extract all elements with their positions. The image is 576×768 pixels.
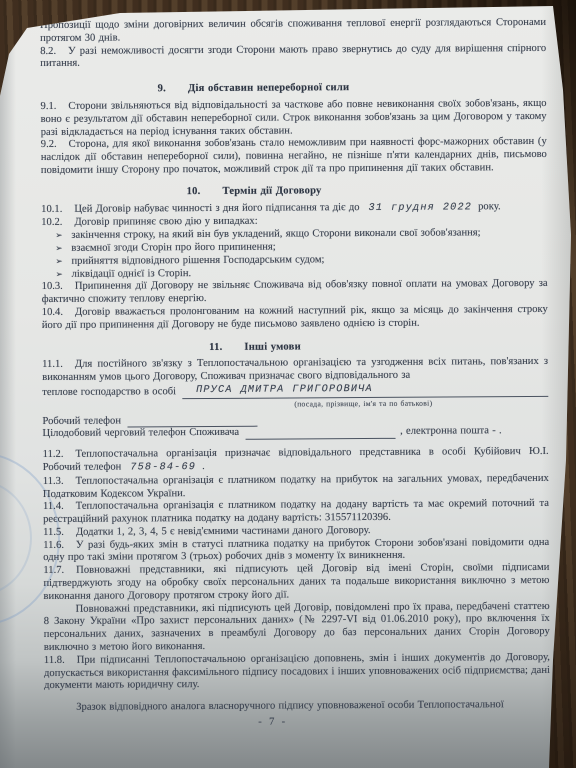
clause-number: 8.2. <box>40 45 68 56</box>
paragraph-8-1-continuation: Пропозиції щодо зміни договірних величин… <box>40 17 546 46</box>
clause-text: Теплопостачальна організація є платником… <box>43 498 549 525</box>
clause-text: Сторона, для якої виконання зобов'язань … <box>41 136 547 176</box>
fill-line-suffix: , електронна пошта - . <box>400 426 502 439</box>
responsible-person-line: теплове господарство в особі ПРУСА ДМИТР… <box>42 382 548 400</box>
clause-number: 11.6. <box>43 539 76 550</box>
arrow-bullet-icon: ➢ <box>55 230 71 243</box>
clause-11-6: 11.6.У разі будь-яких змін в статусі пла… <box>43 537 549 566</box>
clause-text: Додатки 1, 2, 3, 4, 5 є невід'ємними час… <box>76 525 371 538</box>
section-number: 11. <box>209 341 244 352</box>
section-10-heading: 10.Термін дії Договору <box>41 184 547 200</box>
clause-text: У разі неможливості досягти згоди Сторон… <box>40 43 546 70</box>
filled-phone-value: 758-84-69 <box>130 462 196 473</box>
document-page: Пропозиції щодо зміни договірних величин… <box>0 0 576 768</box>
clause-number: 11.2. <box>43 449 76 460</box>
clause-text: Повноважні представники, які підписують … <box>43 562 549 602</box>
section-9-heading: 9.Дія обставин непереборної сили <box>40 81 546 97</box>
clause-number: 11.8. <box>44 655 77 666</box>
duty-phone-line: Цілодобовий черговий телефон Споживача ,… <box>42 425 548 441</box>
fill-line-label: Цілодобовий черговий телефон Споживача <box>42 427 239 441</box>
clause-text: року. <box>478 201 501 212</box>
section-title: Термін дії Договору <box>222 185 321 197</box>
clause-text: . <box>202 461 205 472</box>
clause-9-2: 9.2.Сторона, для якої виконання зобов'яз… <box>41 136 547 177</box>
photo-background: Пропозиції щодо зміни договірних величин… <box>0 0 576 768</box>
clause-text: Договір вважається пролонгованим на кожн… <box>42 304 548 331</box>
filled-name-value: ПРУСА ДМИТРА ГРИГОРОВИЧА <box>196 384 373 396</box>
clause-number: 9.1. <box>40 101 68 112</box>
clause-10-3: 10.3.Припинення дії Договору не звільняє… <box>42 278 548 307</box>
clause-11-7: 11.7.Повноважні представники, які підпис… <box>43 562 549 603</box>
clause-11-1: 11.1.Для постійного зв'язку з Теплопоста… <box>42 356 548 385</box>
clause-number: 11.3. <box>43 475 76 486</box>
clause-number: 10.4. <box>42 307 75 318</box>
section-number: 10. <box>187 186 223 197</box>
clause-9-1: 9.1.Сторони звільняються від відповідаль… <box>40 98 546 139</box>
clause-number: 10.3. <box>42 281 75 292</box>
clause-11-2: 11.2.Теплопостачальна організація призна… <box>43 446 549 476</box>
section-11-heading: 11.Інші умови <box>42 339 548 355</box>
section-number: 9. <box>158 83 188 94</box>
clause-number: 11.5. <box>43 527 76 538</box>
clause-11-4: 11.4.Теплопостачальна організація є плат… <box>43 498 549 527</box>
section-title: Дія обставин непереборної сили <box>188 82 349 94</box>
arrow-bullet-icon: ➢ <box>55 243 71 256</box>
section-title: Інші умови <box>244 341 301 352</box>
clause-8-2: 8.2.У разі неможливості досягти згоди Ст… <box>40 43 546 72</box>
clause-11-3: 11.3.Теплопостачальна організація є плат… <box>43 473 549 502</box>
clause-text: Договір припиняє свою дію у випадках: <box>74 216 257 228</box>
fill-in-blank: ПРУСА ДМИТРА ГРИГОРОВИЧА <box>182 382 548 399</box>
clause-number: 9.2. <box>41 139 69 150</box>
clause-text: Теплопостачальна організація є платником… <box>43 473 549 500</box>
clause-text: Цей Договір набуває чинності з дня його … <box>74 202 359 215</box>
fill-line-label: теплове господарство в особі <box>42 386 176 400</box>
arrow-bullet-icon: ➢ <box>56 268 72 281</box>
clause-text: Сторони звільняються від відповідальност… <box>41 98 547 138</box>
closing-line: Зразок відповідного аналога власноручног… <box>44 699 550 715</box>
page-content: Пропозиції щодо зміни договірних величин… <box>40 17 550 731</box>
clause-11-8: 11.8.При підписанні Теплопостачальною ор… <box>44 652 550 693</box>
clause-10-4: 10.4.Договір вважається пролонгованим на… <box>42 304 548 333</box>
clause-text: При підписанні Теплопостачальною організ… <box>44 652 550 692</box>
clause-number: 10.1. <box>41 203 74 214</box>
clause-text: У разі будь-яких змін в статусі платника… <box>43 537 549 564</box>
clause-text: Для постійного зв'язку з Теплопостачальн… <box>42 356 548 383</box>
paragraph-personal-data: Повноважні представники, які підписують … <box>44 601 550 655</box>
fill-in-blank <box>245 438 395 440</box>
clause-text: Припинення дії Договору не звільняє Спож… <box>42 278 548 305</box>
clause-number: 10.2. <box>41 217 74 228</box>
fill-line-label: Робочий телефон <box>42 415 121 428</box>
page-number: - 7 - <box>258 715 550 730</box>
filled-date-value: 31 грудня 2022 <box>368 202 472 214</box>
clause-number: 11.7. <box>43 565 76 576</box>
arrow-bullet-icon: ➢ <box>55 256 71 269</box>
fill-line-caption: (посада, прізвище, ім'я та по батькові) <box>294 397 548 411</box>
clause-text: Теплопостачальна організація призначає в… <box>43 446 549 473</box>
clause-number: 11.1. <box>42 359 75 370</box>
clause-number: 11.4. <box>43 501 76 512</box>
